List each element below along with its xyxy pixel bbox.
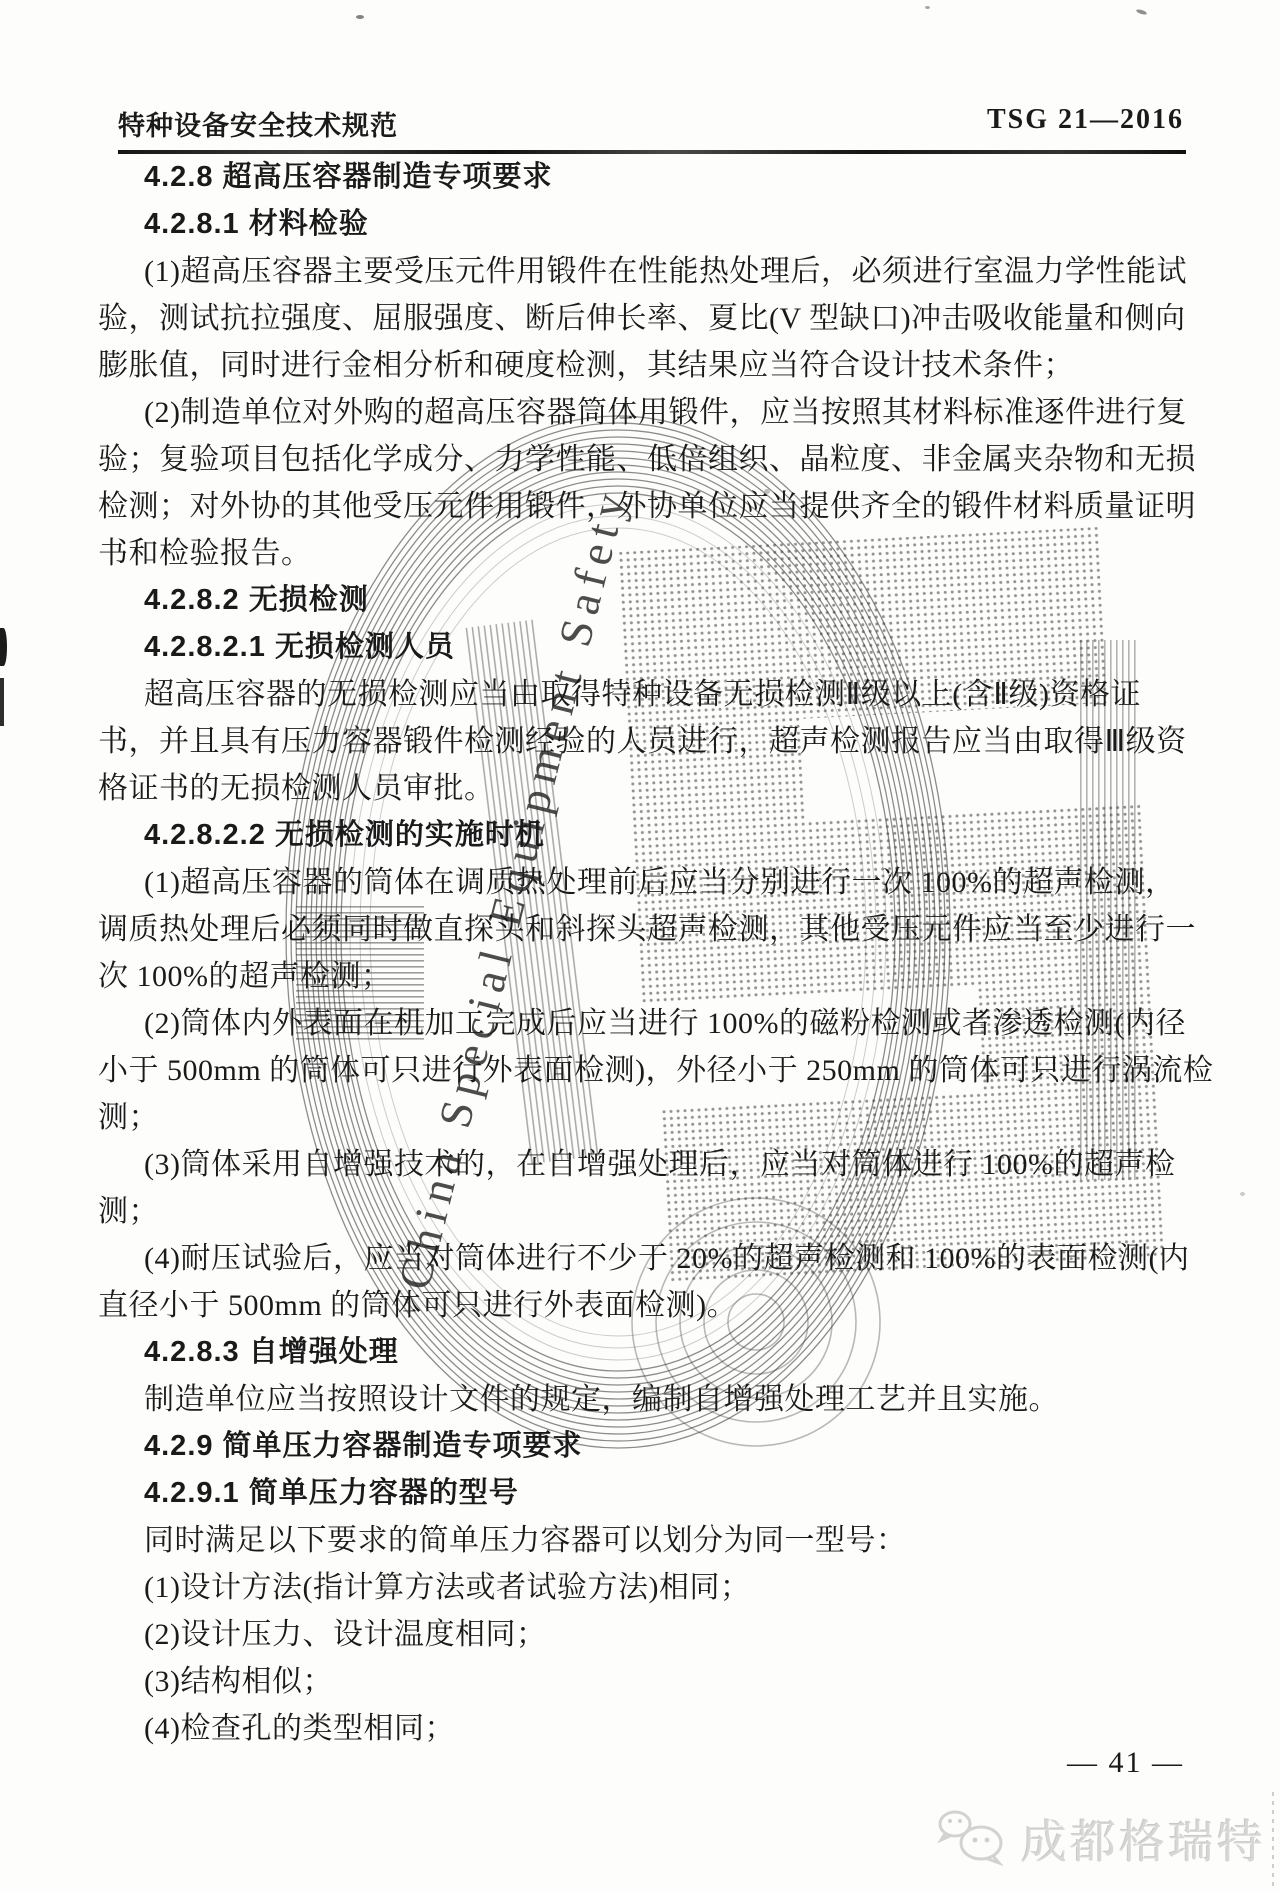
scan-speck — [1136, 8, 1148, 15]
text-line: 验；复验项目包括化学成分、力学性能、低倍组织、晶粒度、非金属夹杂物和无损 — [98, 436, 1186, 483]
text-line: 验，测试抗拉强度、屈服强度、断后伸长率、夏比(V 型缺口)冲击吸收能量和侧向 — [98, 295, 1186, 342]
text-line: (1)设计方法(指计算方法或者试验方法)相同； — [98, 1564, 1186, 1611]
text-line: (3)筒体采用自增强技术的，在自增强处理后，应当对筒体进行 100%的超声检 — [98, 1141, 1186, 1188]
scan-edge-mark — [0, 628, 7, 666]
heading-line: 4.2.8.2.2 无损检测的实施时机 — [98, 812, 1186, 859]
scan-speck — [925, 6, 930, 9]
document-page: China Special Equipment Safety 特种设备安全技术规… — [0, 0, 1280, 1892]
heading-line: 4.2.9.1 简单压力容器的型号 — [98, 1470, 1186, 1517]
text-line: (4)耐压试验后，应当对筒体进行不少于 20%的超声检测和 100%的表面检测(… — [98, 1235, 1186, 1282]
text-line: (1)超高压容器的筒体在调质热处理前后应当分别进行一次 100%的超声检测， — [98, 859, 1186, 906]
text-line: 次 100%的超声检测； — [98, 953, 1186, 1000]
wechat-icon — [933, 1807, 1011, 1871]
text-line: 同时满足以下要求的简单压力容器可以划分为同一型号： — [98, 1517, 1186, 1564]
heading-line: 4.2.8.3 自增强处理 — [98, 1329, 1186, 1376]
document-lines: 4.2.8 超高压容器制造专项要求4.2.8.1 材料检验(1)超高压容器主要受… — [98, 154, 1186, 1752]
text-line: 书，并且具有压力容器锻件检测经验的人员进行，超声检测报告应当由取得Ⅲ级资 — [98, 718, 1186, 765]
heading-line: 4.2.8.2.1 无损检测人员 — [98, 624, 1186, 671]
heading-line: 4.2.8.2 无损检测 — [98, 577, 1186, 624]
brand-text: 成都格瑞特 — [1021, 1806, 1266, 1872]
brand-watermark: 成都格瑞特 — [933, 1806, 1266, 1872]
text-line: 膨胀值，同时进行金相分析和硬度检测，其结果应当符合设计技术条件； — [98, 342, 1186, 389]
scan-speck — [764, 489, 770, 494]
text-line: 书和检验报告。 — [98, 530, 1186, 577]
scan-speck — [356, 15, 364, 19]
text-line: 测； — [98, 1094, 1186, 1141]
header-title: 特种设备安全技术规范 — [118, 104, 398, 143]
text-line: (2)制造单位对外购的超高压容器筒体用锻件，应当按照其材料标准逐件进行复 — [98, 389, 1186, 436]
header-code: TSG 21—2016 — [987, 104, 1184, 136]
scan-edge-dots — [1272, 1792, 1274, 1888]
text-line: (4)检查孔的类型相同； — [98, 1705, 1186, 1752]
text-line: 直径小于 500mm 的筒体可只进行外表面检测)。 — [98, 1282, 1186, 1329]
scan-speck — [1240, 1192, 1245, 1196]
text-line: (1)超高压容器主要受压元件用锻件在性能热处理后，必须进行室温力学性能试 — [98, 248, 1186, 295]
text-line: (2)设计压力、设计温度相同； — [98, 1611, 1186, 1658]
text-line: 制造单位应当按照设计文件的规定，编制自增强处理工艺并且实施。 — [98, 1376, 1186, 1423]
text-line: (3)结构相似； — [98, 1658, 1186, 1705]
text-line: 超高压容器的无损检测应当由取得特种设备无损检测Ⅱ级以上(含Ⅱ级)资格证 — [98, 671, 1186, 718]
text-line: 测； — [98, 1188, 1186, 1235]
heading-line: 4.2.9 简单压力容器制造专项要求 — [98, 1423, 1186, 1470]
page-number: — 41 — — [1067, 1746, 1184, 1780]
text-line: 小于 500mm 的筒体可只进行外表面检测)，外径小于 250mm 的筒体可只进… — [98, 1047, 1186, 1094]
text-line: 调质热处理后必须同时做直探头和斜探头超声检测，其他受压元件应当至少进行一 — [98, 906, 1186, 953]
scan-edge-mark — [0, 678, 4, 726]
heading-line: 4.2.8 超高压容器制造专项要求 — [98, 154, 1186, 201]
text-line: 检测；对外协的其他受压元件用锻件，外协单位应当提供齐全的锻件材料质量证明 — [98, 483, 1186, 530]
text-line: 格证书的无损检测人员审批。 — [98, 765, 1186, 812]
heading-line: 4.2.8.1 材料检验 — [98, 201, 1186, 248]
text-line: (2)筒体内外表面在机加工完成后应当进行 100%的磁粉检测或者渗透检测(内径 — [98, 1000, 1186, 1047]
